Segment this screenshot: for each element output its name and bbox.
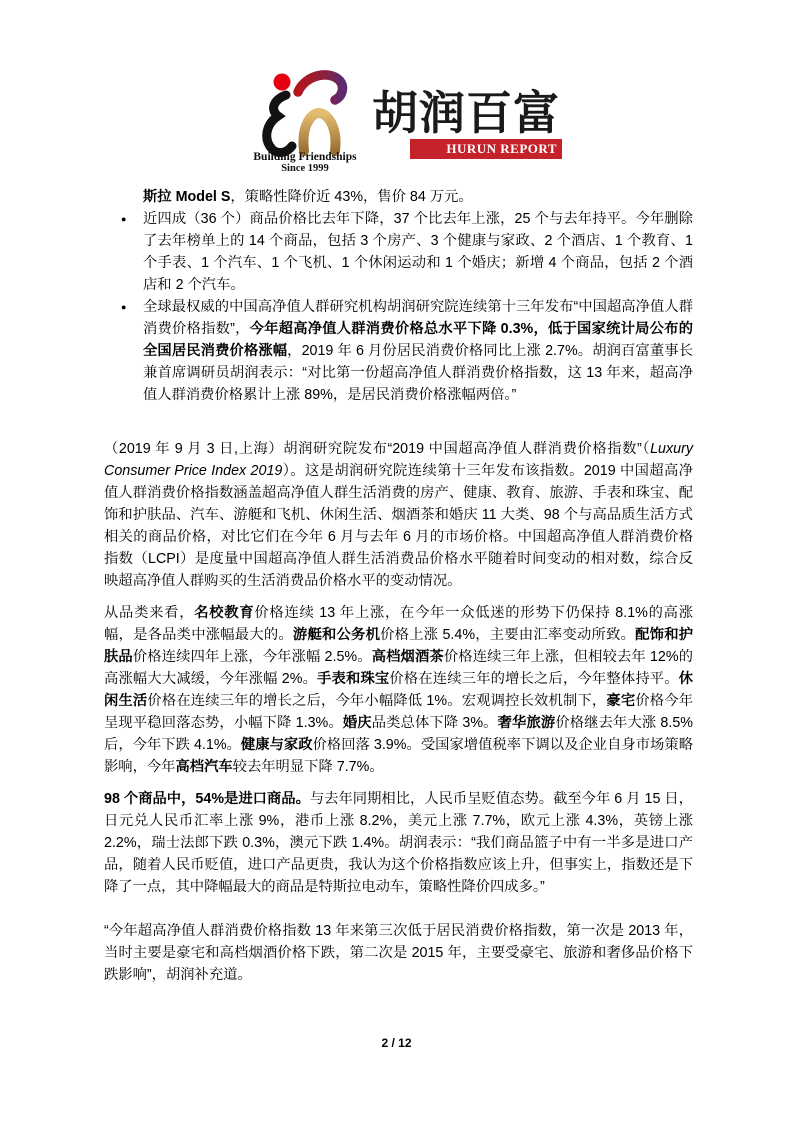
hurun-logo-icon <box>252 66 354 158</box>
bullet-text: 近四成（36 个）商品价格比去年下降，37 个比去年上涨，25 个与去年持平。今… <box>143 208 693 296</box>
body-paragraph: （2019 年 9 月 3 日,上海）胡润研究院发布“2019 中国超高净值人群… <box>104 438 693 592</box>
logo-black-stroke <box>267 95 292 153</box>
bullet-item: ● 全球最权威的中国高净值人群研究机构胡润研究院连续第十三年发布“中国超高净值人… <box>104 296 693 406</box>
brand-banner: HURUN REPORT <box>410 139 562 159</box>
brand-name-chinese: 胡润百富 <box>372 88 562 138</box>
document-page: Building Friendships Since 1999 胡润百富 HUR… <box>0 0 793 1122</box>
body-paragraph: “今年超高净值人群消费价格指数 13 年来第三次低于居民消费价格指数，第一次是 … <box>104 920 693 986</box>
logo-gold-arch <box>303 113 335 151</box>
body-paragraph: 从品类来看，名校教育价格连续 13 年上涨，在今年一众低迷的形势下仍保持 8.1… <box>104 602 693 778</box>
bullet-item: ● 近四成（36 个）商品价格比去年下降，37 个比去年上涨，25 个与去年持平… <box>104 208 693 296</box>
logo-red-dot <box>274 74 291 91</box>
bullet-icon: ● <box>121 208 126 230</box>
bullet-icon: ● <box>121 296 126 318</box>
page-number: 2 / 12 <box>381 1036 411 1050</box>
logo-swoosh <box>298 75 342 100</box>
hurun-logo: Building Friendships Since 1999 胡润百富 HUR… <box>0 0 793 185</box>
document-body: 斯拉 Model S，策略性降价近 43%，售价 84 万元。 ● 近四成（36… <box>104 186 693 986</box>
page-footer: 2 / 12 <box>0 1034 793 1052</box>
logo-tagline-line2: Since 1999 <box>240 163 370 175</box>
body-paragraph: 98 个商品中，54%是进口商品。与去年同期相比，人民币呈贬值态势。截至今年 6… <box>104 788 693 898</box>
paragraph-continuation: 斯拉 Model S，策略性降价近 43%，售价 84 万元。 <box>104 186 693 208</box>
bullet-text: 全球最权威的中国高净值人群研究机构胡润研究院连续第十三年发布“中国超高净值人群消… <box>143 296 693 406</box>
brand-wordmark: 胡润百富 HURUN REPORT <box>372 88 562 159</box>
logo-tagline: Building Friendships Since 1999 <box>240 151 370 175</box>
logo-tagline-line1: Building Friendships <box>240 151 370 163</box>
